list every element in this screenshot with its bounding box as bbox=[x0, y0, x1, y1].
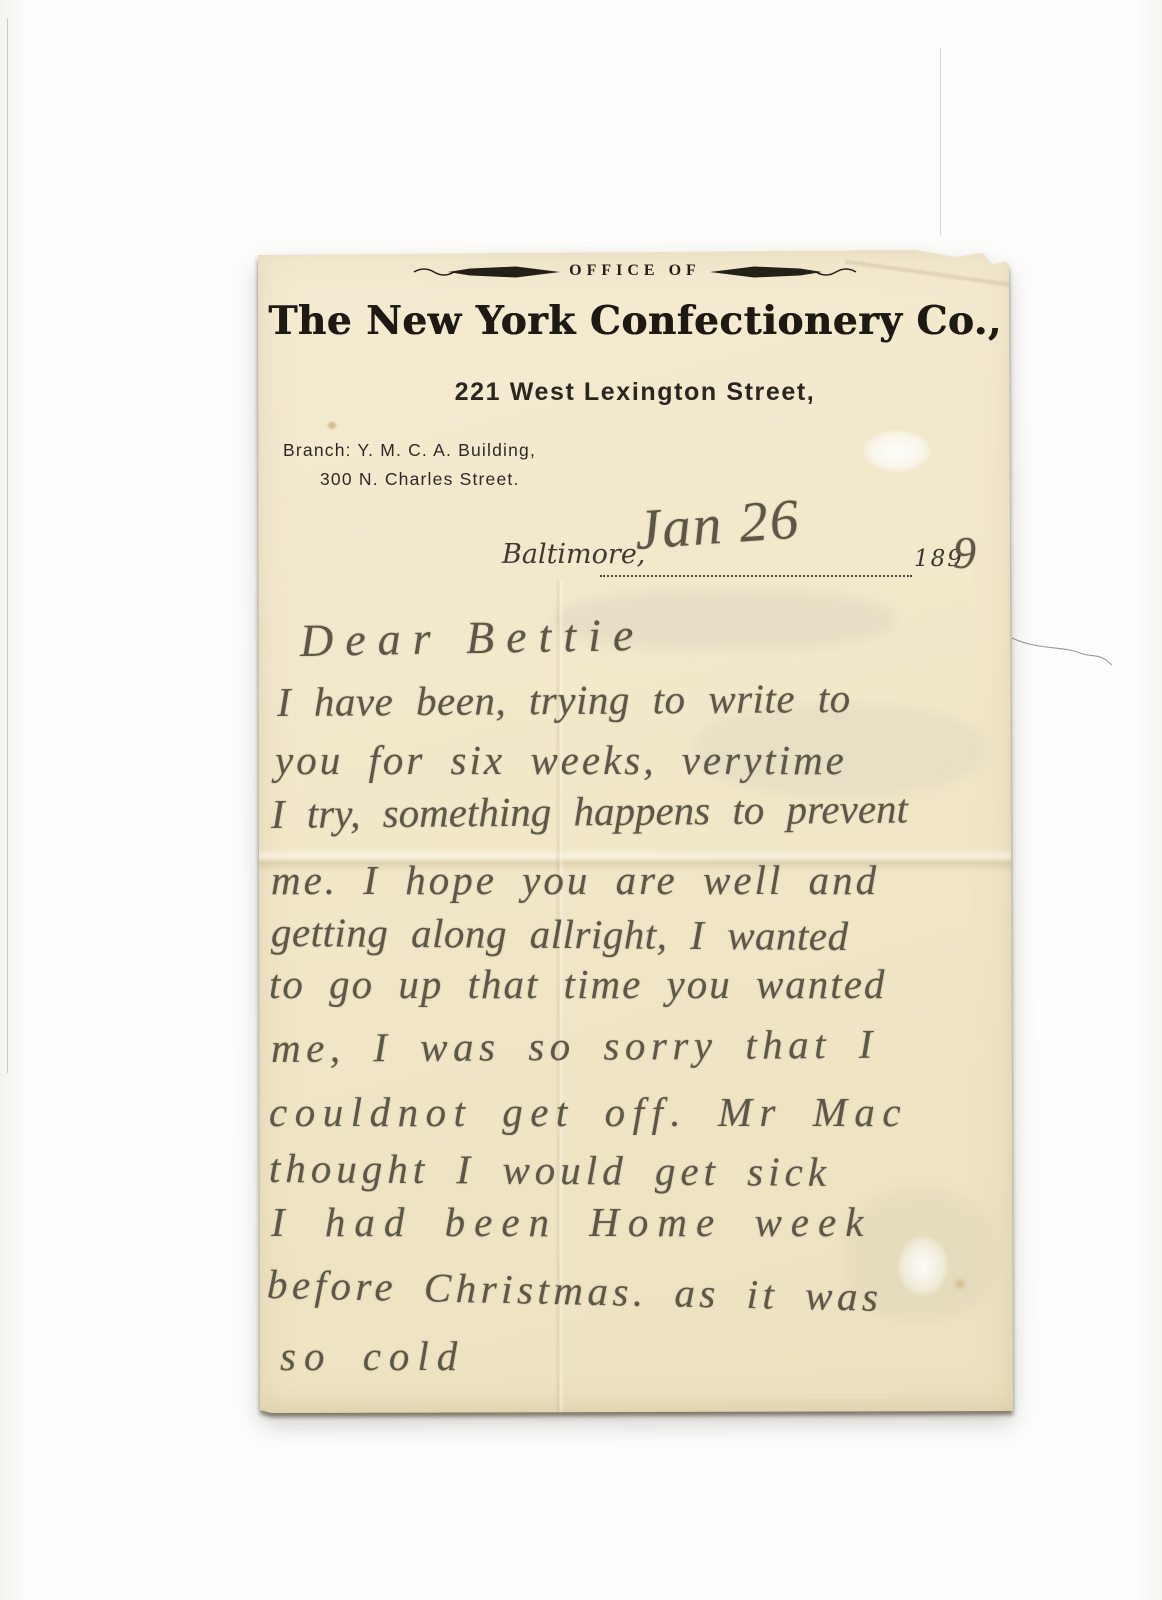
office-of-label: OFFICE OF bbox=[569, 262, 701, 280]
handwritten-line: getting along allright, I wanted bbox=[271, 908, 849, 960]
office-of-ornament: OFFICE OF bbox=[255, 262, 1015, 280]
handwritten-year-digit: 9 bbox=[953, 526, 976, 579]
handwritten-date: Jan 26 bbox=[633, 487, 803, 563]
paper-sheet: OFFICE OF The New York Confectionery Co.… bbox=[255, 250, 1015, 1413]
letter-paper: OFFICE OF The New York Confectionery Co.… bbox=[255, 250, 1015, 1413]
handwritten-line: thought I would get sick bbox=[269, 1144, 831, 1196]
company-name: The New York Confectionery Co., bbox=[255, 298, 1015, 344]
flourish-right-icon bbox=[708, 262, 858, 280]
scan-background: OFFICE OF The New York Confectionery Co.… bbox=[0, 0, 1162, 1600]
dust-fiber-icon bbox=[1008, 620, 1128, 670]
salutation: Dear Bettie bbox=[300, 608, 646, 667]
handwritten-line: I have been, trying to write to bbox=[277, 674, 851, 726]
handwritten-line: couldnot get off. Mr Mac bbox=[269, 1088, 908, 1136]
handwritten-line: I had been Home week bbox=[271, 1198, 872, 1246]
paper-stain bbox=[863, 430, 931, 472]
scan-edge-line-left bbox=[7, 18, 8, 1073]
paper-stain bbox=[955, 1280, 965, 1288]
handwritten-line: you for six weeks, verytime bbox=[275, 736, 847, 784]
handwritten-line: me, I was so sorry that I bbox=[271, 1020, 878, 1072]
handwritten-line: to go up that time you wanted bbox=[269, 960, 886, 1008]
paper-stain bbox=[898, 1236, 948, 1296]
flourish-left-icon bbox=[412, 262, 562, 280]
branch-line-2: 300 N. Charles Street. bbox=[320, 469, 520, 490]
branch-line-1: Branch: Y. M. C. A. Building, bbox=[283, 440, 536, 461]
handwritten-line: so cold bbox=[280, 1332, 465, 1380]
street-address: 221 West Lexington Street, bbox=[255, 378, 1015, 407]
paper-stain bbox=[328, 422, 336, 429]
handwritten-line: me. I hope you are well and bbox=[271, 856, 879, 904]
scan-edge-line-right bbox=[940, 48, 941, 236]
handwritten-line: I try, something happens to prevent bbox=[271, 784, 908, 838]
handwritten-line: before Christmas. as it was bbox=[266, 1260, 882, 1321]
